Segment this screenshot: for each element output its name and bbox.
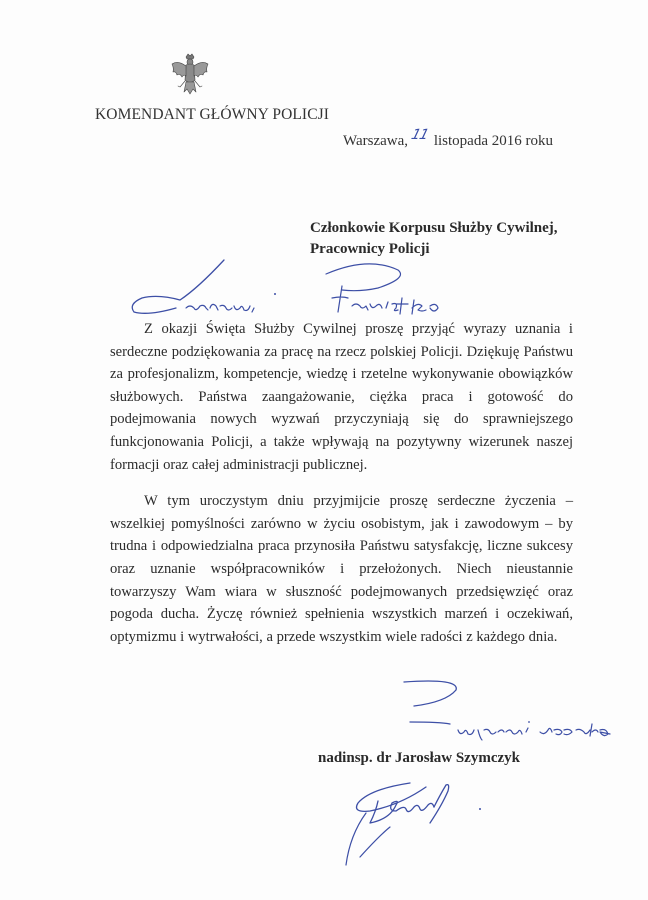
recipient-line-1: Członkowie Korpusu Służby Cywilnej, <box>310 218 558 239</box>
eagle-emblem-icon <box>170 52 210 100</box>
institution-heading: KOMENDANT GŁÓWNY POLICJI <box>95 106 329 124</box>
handwritten-day: 11 <box>409 127 429 143</box>
paragraph-2: W tym uroczystym dniu przyjmijcie proszę… <box>110 490 573 648</box>
date-rest: listopada 2016 roku <box>434 133 553 149</box>
letter-body: Z okazji Święta Służby Cywilnej proszę p… <box>110 318 573 662</box>
paragraph-1: Z okazji Święta Służby Cywilnej proszę p… <box>110 318 573 476</box>
dateline: Warszawa,11listopada 2016 roku <box>343 133 553 150</box>
city-label: Warszawa, <box>343 133 408 149</box>
recipient-line-2: Pracownicy Policji <box>310 239 558 260</box>
recipient-block: Członkowie Korpusu Służby Cywilnej, Prac… <box>310 218 558 260</box>
handwritten-salutation <box>128 258 468 318</box>
letter-page: KOMENDANT GŁÓWNY POLICJI Warszawa,11list… <box>0 0 648 900</box>
handwritten-closing <box>400 680 620 760</box>
handwritten-signature <box>330 765 530 875</box>
